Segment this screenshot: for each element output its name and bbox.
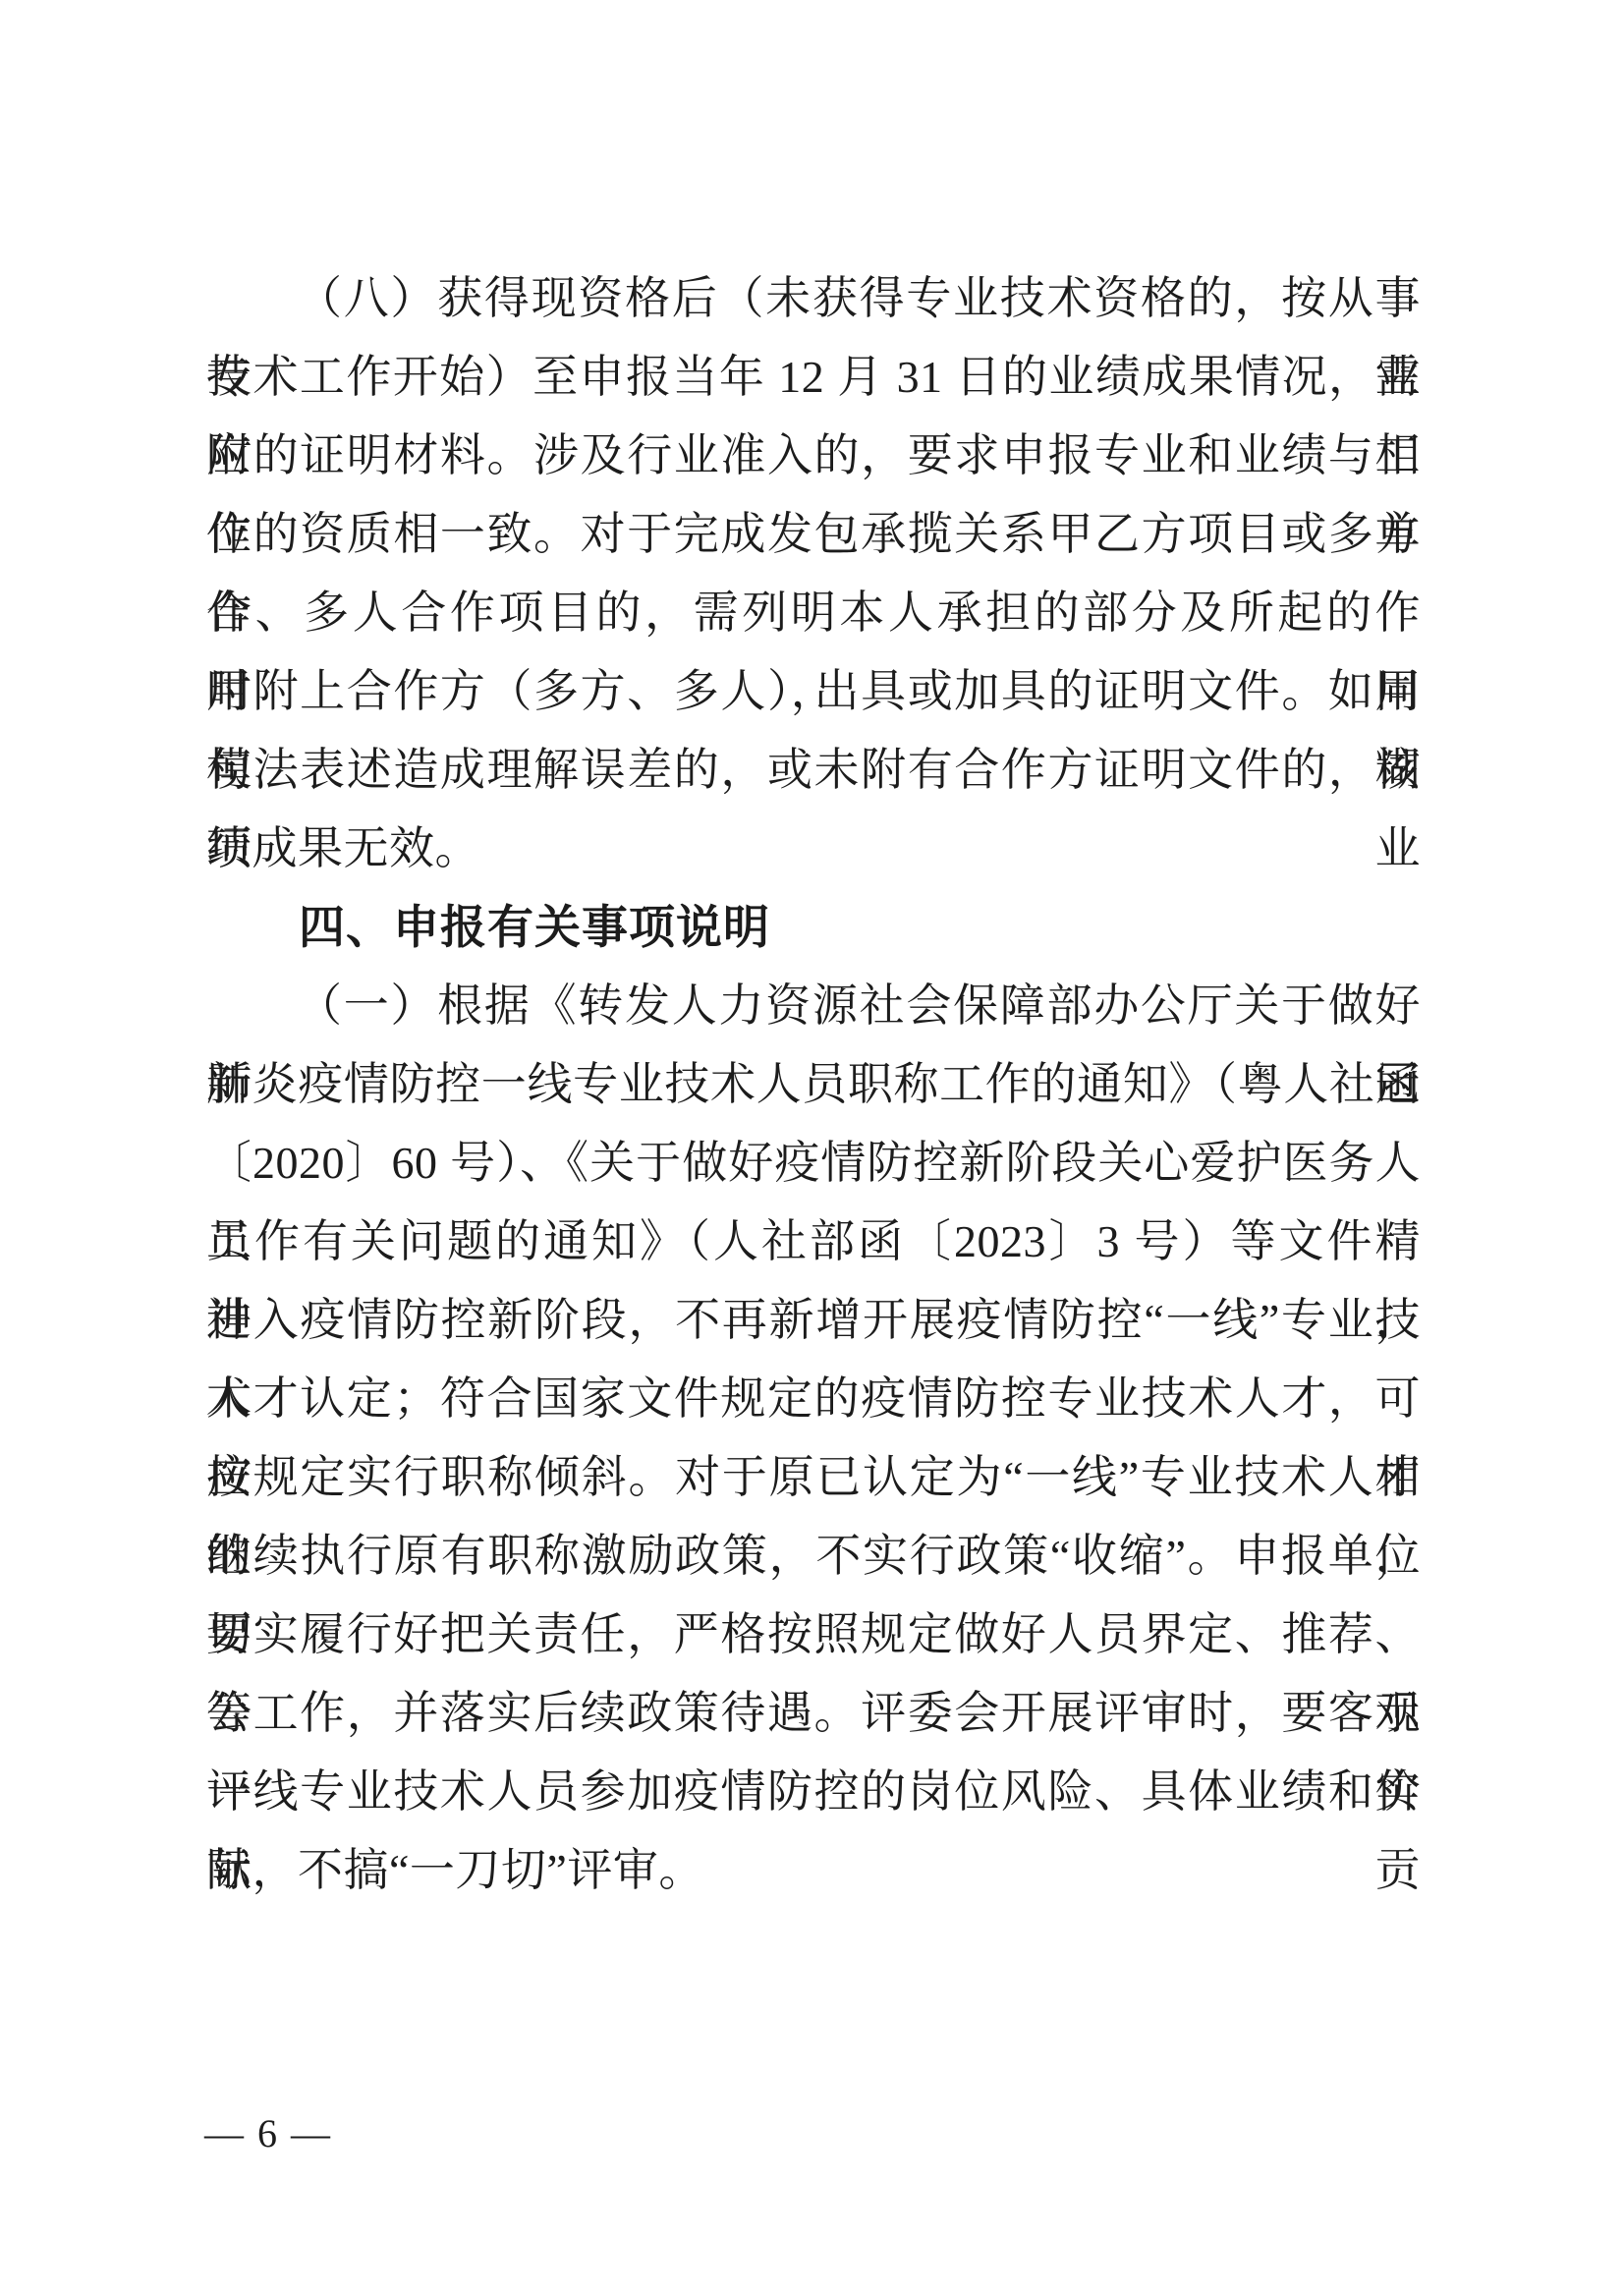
text-line: 句法表述造成理解误差的，或未附有合作方证明文件的，该项业 [206,731,1421,810]
text-line: （一）根据《转发人力资源社会保障部办公厅关于做好新冠 [206,967,1421,1045]
document-body: （八）获得现资格后（未获得专业技术资格的，按从事专业 技术工作开始）至申报当年 … [206,259,1421,1910]
text-line: 时附上合作方（多方、多人）出具或加具的证明文件。如用模糊 [206,652,1421,731]
text-line: 工作有关问题的通知》（人社部函〔2023〕3 号）等文件精神， [206,1203,1421,1281]
text-line: 继续执行原有职称激励政策，不实行政策“收缩”。申报单位要 [206,1517,1421,1595]
page-number: — 6 — [204,2112,332,2155]
document-page: （八）获得现资格后（未获得专业技术资格的，按从事专业 技术工作开始）至申报当年 … [0,0,1624,2295]
text-line: 进入疫情防控新阶段，不再新增开展疫情防控“一线”专业技术 [206,1281,1421,1360]
text-line: 位的资质相一致。对于完成发包承揽关系甲乙方项目或多方合 [206,495,1421,574]
text-line: （八）获得现资格后（未获得专业技术资格的，按从事专业 [206,259,1421,338]
text-line: 切实履行好把关责任，严格按照规定做好人员界定、推荐、公示 [206,1595,1421,1674]
text-line: 一线专业技术人员参加疫情防控的岗位风险、具体业绩和实际贡 [206,1753,1421,1831]
text-line: 技术工作开始）至申报当年 12 月 31 日的业绩成果情况，需附相 [206,338,1421,417]
text-line: 应的证明材料。涉及行业准入的，要求申报专业和业绩与工作单 [206,417,1421,495]
section-heading: 四、申报有关事项说明 [206,888,1421,967]
text-line: 应规定实行职称倾斜。对于原已认定为“一线”专业技术人才的， [206,1438,1421,1517]
text-line: 肺炎疫情防控一线专业技术人员职称工作的通知》（粤人社函 [206,1045,1421,1124]
text-line: 人才认定；符合国家文件规定的疫情防控专业技术人才，可按相 [206,1360,1421,1438]
text-line: 等工作，并落实后续政策待遇。评委会开展评审时，要客观评价 [206,1674,1421,1753]
text-line: 作、多人合作项目的，需列明本人承担的部分及所起的作用，同 [206,574,1421,652]
text-line: 〔2020〕60 号）、《关于做好疫情防控新阶段关心爱护医务人员 [206,1124,1421,1203]
